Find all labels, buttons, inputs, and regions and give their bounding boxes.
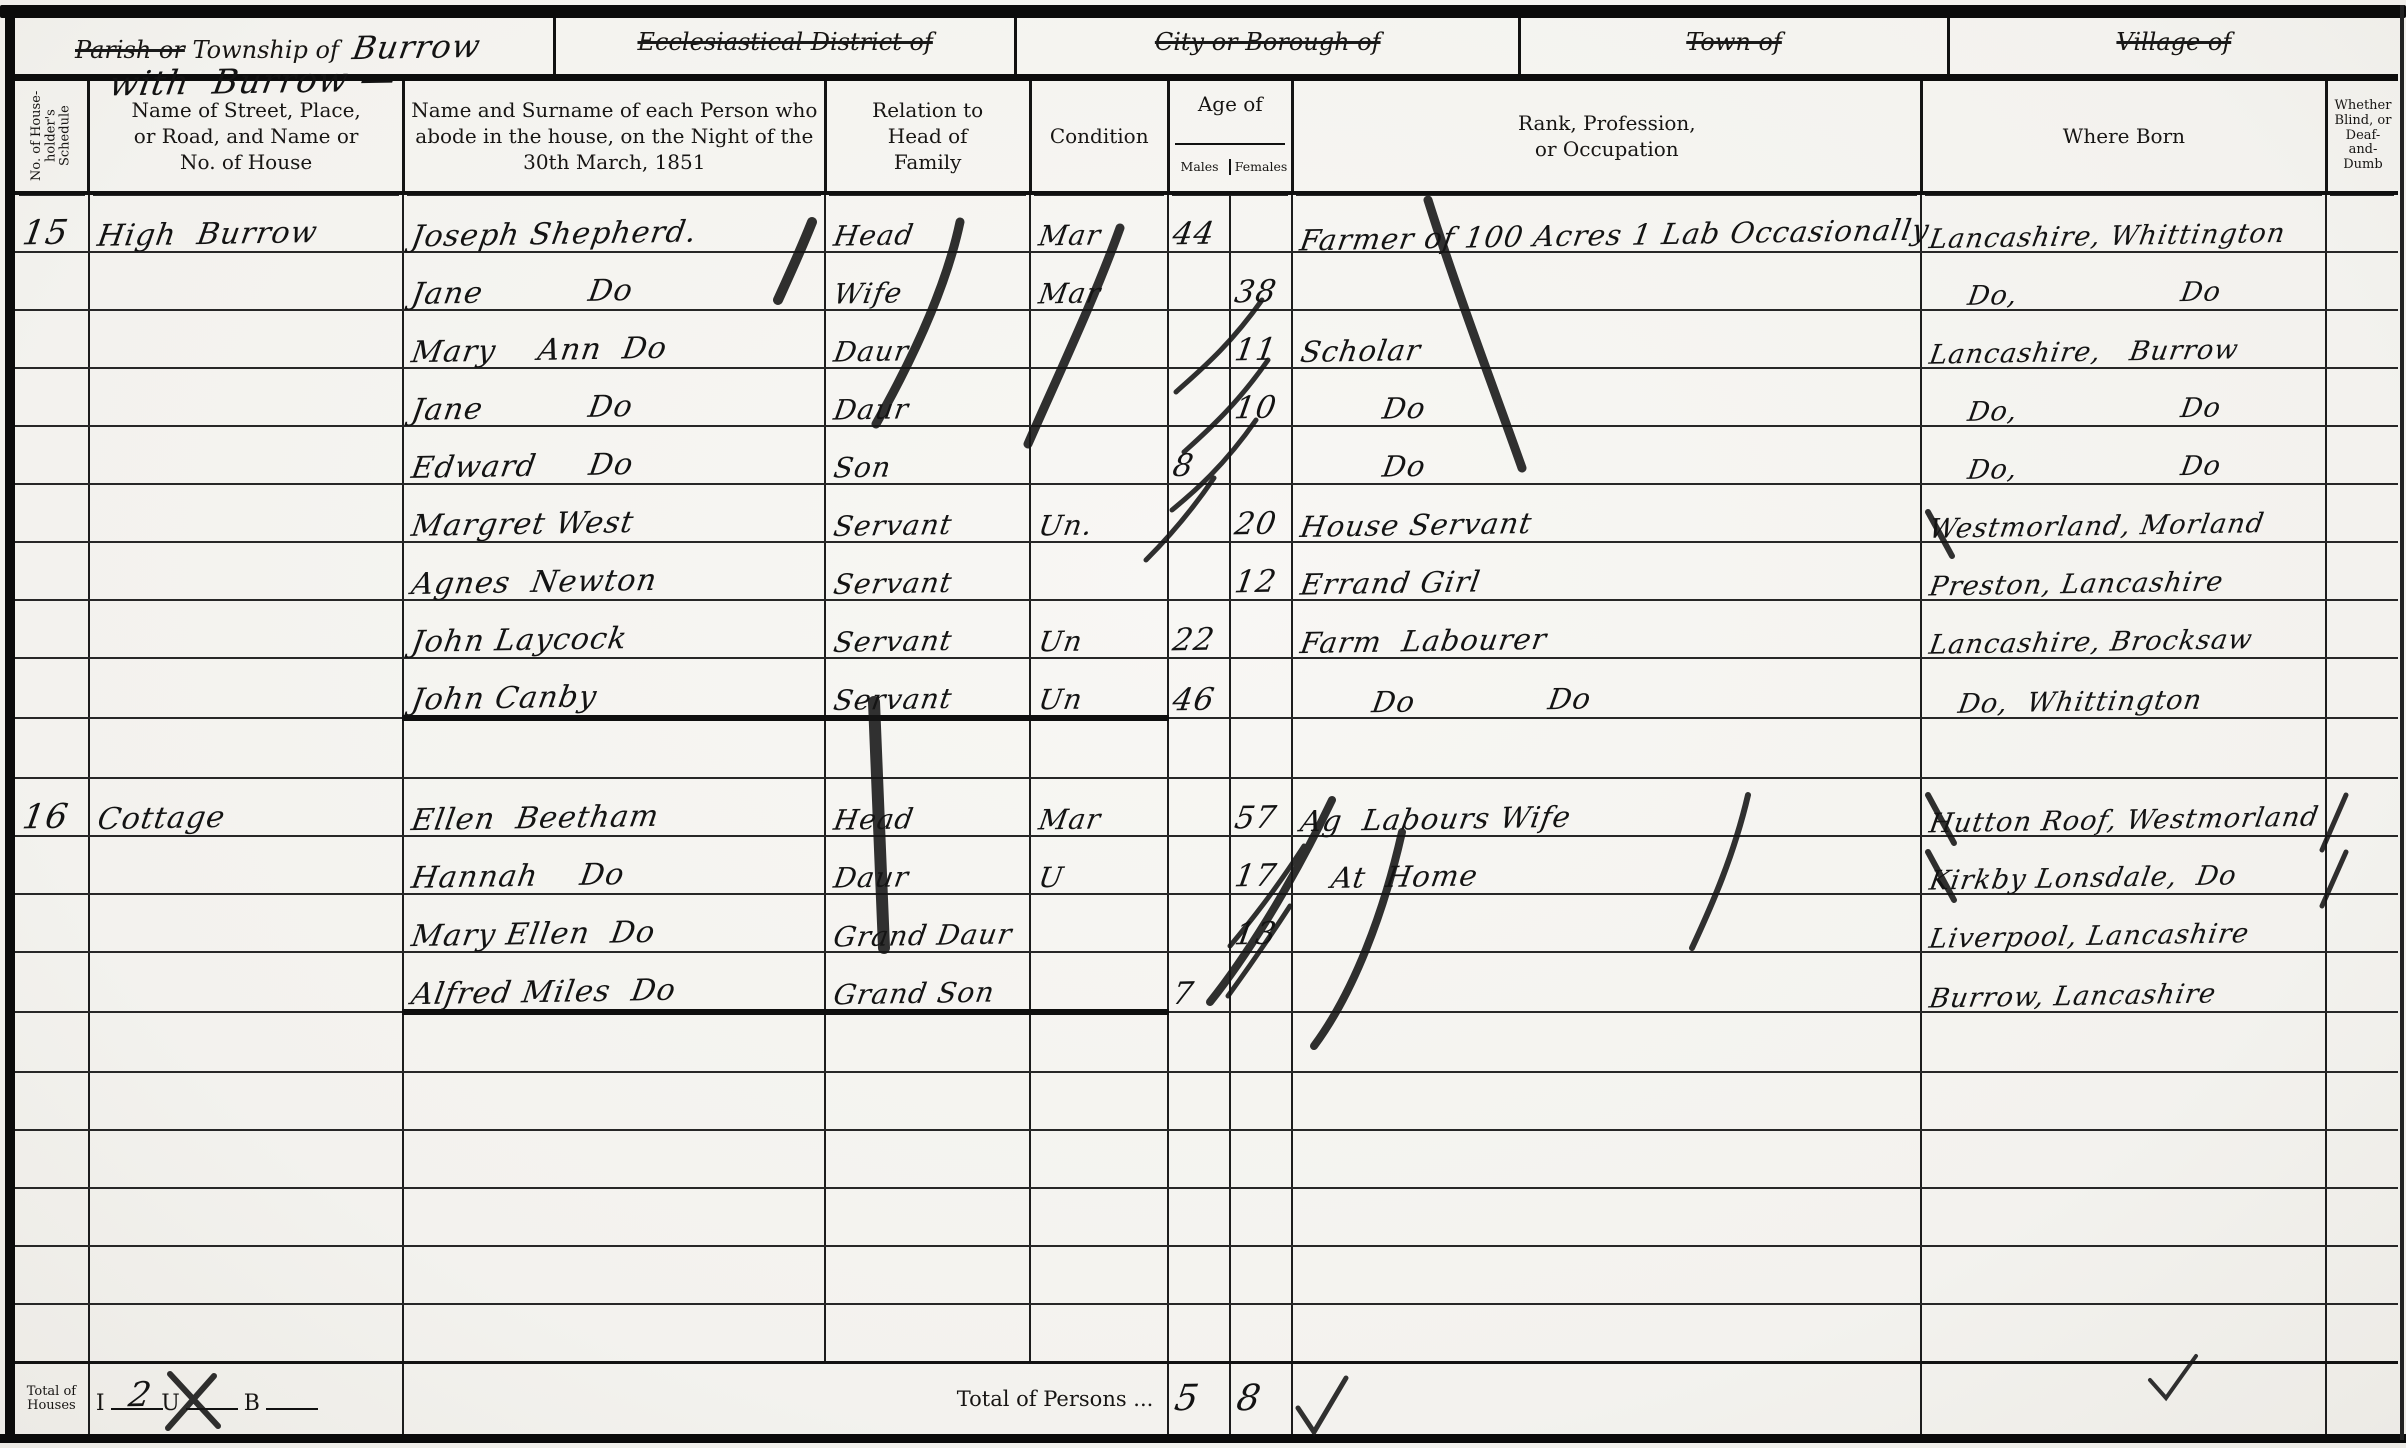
cell-male <box>1168 894 1230 952</box>
handwritten-female: 12 <box>1233 567 1279 599</box>
cell-name <box>403 1246 825 1304</box>
cell-schedule <box>15 1072 89 1130</box>
handwritten-born: Hutton Roof, Westmorland <box>1928 804 2322 838</box>
houses-inhabited-label: I <box>96 1391 105 1416</box>
handwritten-occupation: Do <box>1299 452 1428 483</box>
cell-condition: Un <box>1030 658 1168 718</box>
cell-born <box>1921 718 2326 778</box>
cell-occupation: Do Do <box>1292 658 1921 718</box>
cell-schedule <box>15 952 89 1012</box>
cell-schedule <box>15 542 89 600</box>
cell-street <box>89 1304 404 1363</box>
cell-name: Joseph Shepherd. <box>403 193 825 252</box>
cell-blind <box>2326 542 2398 600</box>
cell-name: Mary Ann Do <box>403 310 825 368</box>
handwritten-male: 46 <box>1171 685 1217 717</box>
cell-street <box>89 426 404 484</box>
handwritten-born: Preston, Lancashire <box>1928 568 2226 600</box>
cell-blind <box>2326 484 2398 542</box>
cell-name <box>403 1304 825 1363</box>
cell-name: John Canby <box>403 658 825 718</box>
handwritten-born: Lancashire, Brocksaw <box>1928 626 2255 659</box>
cell-schedule <box>15 658 89 718</box>
person-row: Alfred Miles DoGrand Son7Burrow, Lancash… <box>15 952 2398 1012</box>
cell-blind <box>2326 778 2398 836</box>
handwritten-relation: Servant <box>832 685 955 715</box>
cell-born: Kirkby Lonsdale, Do <box>1921 836 2326 894</box>
cell-male: 44 <box>1168 193 1230 252</box>
totals-row: Total of Houses I2UB Total of Persons ..… <box>15 1363 2398 1435</box>
blank-row <box>15 1012 2398 1072</box>
cell-name: Margret West <box>403 484 825 542</box>
header-disability: Whether Blind, or Deaf-and-Dumb <box>2326 81 2398 193</box>
handwritten-relation: Head <box>832 805 916 834</box>
blank-row <box>15 1304 2398 1363</box>
person-row: Jane DoWifeMar38 Do, Do <box>15 252 2398 310</box>
handwritten-occupation: Farm Labourer <box>1299 625 1550 658</box>
cell-street: High Burrow <box>89 193 404 252</box>
handwritten-condition: Mar <box>1037 279 1103 308</box>
cell-condition <box>1030 1072 1168 1130</box>
handwritten-relation: Servant <box>832 569 955 599</box>
handwritten-born: Kirkby Lonsdale, Do <box>1928 862 2239 894</box>
blank-row <box>15 1246 2398 1304</box>
cell-street <box>89 368 404 426</box>
header-age-males: Males <box>1170 159 1229 175</box>
cell-condition <box>1030 1012 1168 1072</box>
cell-female <box>1230 952 1292 1012</box>
cell-occupation: Do <box>1292 426 1921 484</box>
houses-uninhabited-label: U <box>161 1391 180 1416</box>
blank-row <box>15 1130 2398 1188</box>
handwritten-born: Do, Whittington <box>1928 687 2205 719</box>
handwritten-female: 13 <box>1233 919 1279 951</box>
cell-female <box>1230 600 1292 658</box>
cell-schedule <box>15 310 89 368</box>
cell-street <box>89 1246 404 1304</box>
person-row: Mary Ann DoDaur11ScholarLancashire, Burr… <box>15 310 2398 368</box>
cell-occupation <box>1292 252 1921 310</box>
cell-occupation: Farmer of 100 Acres 1 Lab Occasionally <box>1292 193 1921 252</box>
person-row: 15High BurrowJoseph Shepherd.HeadMar44Fa… <box>15 193 2398 252</box>
location-header-band: Parish or Township of Burrow with Burrow… <box>15 18 2398 81</box>
cell-street <box>89 836 404 894</box>
handwritten-male: 44 <box>1171 219 1217 251</box>
handwritten-name: Jane Do <box>410 276 636 310</box>
cell-female <box>1230 1246 1292 1304</box>
handwritten-name: Mary Ann Do <box>410 334 670 368</box>
cell-born: Preston, Lancashire <box>1921 542 2326 600</box>
totals-disability-blank <box>2326 1363 2398 1435</box>
handwritten-female: 57 <box>1233 803 1279 835</box>
census-page: Parish or Township of Burrow with Burrow… <box>0 0 2406 1448</box>
cell-relation: Head <box>825 193 1030 252</box>
handwritten-relation: Head <box>832 221 916 250</box>
cell-condition <box>1030 1188 1168 1246</box>
cell-occupation <box>1292 1304 1921 1363</box>
cell-condition <box>1030 1130 1168 1188</box>
cell-blind <box>2326 310 2398 368</box>
handwritten-condition: Un <box>1037 628 1085 657</box>
cell-condition <box>1030 426 1168 484</box>
cell-female <box>1230 1304 1292 1363</box>
cell-name: John Laycock <box>403 600 825 658</box>
cell-blind <box>2326 252 2398 310</box>
cell-occupation <box>1292 1012 1921 1072</box>
cell-relation <box>825 1012 1030 1072</box>
ecclesiastical-district-cell: Ecclesiastical District of <box>556 18 1017 74</box>
town-label: Town of <box>1686 28 1782 56</box>
handwritten-condition: Un <box>1037 686 1085 715</box>
parish-township-cell: Parish or Township of Burrow with Burrow… <box>15 18 556 74</box>
cell-relation: Grand Daur <box>825 894 1030 952</box>
cell-street <box>89 1072 404 1130</box>
handwritten-name: John Laycock <box>410 624 630 658</box>
cell-occupation <box>1292 1130 1921 1188</box>
cell-schedule <box>15 718 89 778</box>
cell-schedule <box>15 1304 89 1363</box>
cell-female <box>1230 718 1292 778</box>
cell-blind <box>2326 1012 2398 1072</box>
cell-relation <box>825 1188 1030 1246</box>
person-row: Margret WestServantUn.20House ServantWes… <box>15 484 2398 542</box>
cell-born <box>1921 1072 2326 1130</box>
cell-condition <box>1030 718 1168 778</box>
cell-female: 57 <box>1230 778 1292 836</box>
parish-struck-label: Parish or <box>75 36 185 64</box>
cell-name <box>403 1188 825 1246</box>
cell-relation: Son <box>825 426 1030 484</box>
header-age: Age of Males Females <box>1168 81 1292 193</box>
cell-born: Hutton Roof, Westmorland <box>1921 778 2326 836</box>
handwritten-female: 38 <box>1233 277 1279 309</box>
cell-schedule <box>15 836 89 894</box>
cell-blind <box>2326 1246 2398 1304</box>
handwritten-male: 22 <box>1171 625 1217 657</box>
cell-relation: Servant <box>825 600 1030 658</box>
cell-male <box>1168 484 1230 542</box>
cell-male <box>1168 1304 1230 1363</box>
cell-relation: Servant <box>825 542 1030 600</box>
scan-border-right <box>2400 5 2404 1440</box>
cell-female: 20 <box>1230 484 1292 542</box>
cell-schedule: 15 <box>15 193 89 252</box>
cell-male <box>1168 368 1230 426</box>
cell-name <box>403 1072 825 1130</box>
township-label: Township of <box>193 36 339 64</box>
header-relation: Relation to Head of Family <box>825 81 1030 193</box>
cell-occupation: Errand Girl <box>1292 542 1921 600</box>
header-age-females: Females <box>1229 159 1290 175</box>
handwritten-occupation: Do Do <box>1299 684 1594 718</box>
cell-relation <box>825 1246 1030 1304</box>
cell-female: 11 <box>1230 310 1292 368</box>
cell-schedule <box>15 484 89 542</box>
cell-relation: Daur <box>825 368 1030 426</box>
cell-male: 7 <box>1168 952 1230 1012</box>
cell-street <box>89 1012 404 1072</box>
cell-relation: Daur <box>825 310 1030 368</box>
handwritten-occupation: At Home <box>1299 861 1481 893</box>
cell-male: 46 <box>1168 658 1230 718</box>
cell-born <box>1921 1012 2326 1072</box>
handwritten-occupation: Do <box>1299 394 1428 425</box>
cell-born: Liverpool, Lancashire <box>1921 894 2326 952</box>
cell-name: Mary Ellen Do <box>403 894 825 952</box>
cell-female <box>1230 426 1292 484</box>
cell-male <box>1168 836 1230 894</box>
header-occupation: Rank, Profession, or Occupation <box>1292 81 1921 193</box>
cell-street <box>89 600 404 658</box>
person-row: John LaycockServantUn22Farm LabourerLanc… <box>15 600 2398 658</box>
cell-blind <box>2326 1304 2398 1363</box>
person-rows: 15High BurrowJoseph Shepherd.HeadMar44Fa… <box>15 193 2398 1363</box>
cell-female: 38 <box>1230 252 1292 310</box>
cell-blind <box>2326 1072 2398 1130</box>
cell-name: Jane Do <box>403 368 825 426</box>
cell-male <box>1168 718 1230 778</box>
scan-border-bottom <box>0 1434 2406 1443</box>
blank-row <box>15 718 2398 778</box>
handwritten-born: Lancashire, Whittington <box>1928 220 2288 253</box>
cell-relation: Servant <box>825 658 1030 718</box>
handwritten-relation: Daur <box>832 395 911 424</box>
handwritten-born: Lancashire, Burrow <box>1928 336 2241 368</box>
total-persons-label: Total of Persons ... <box>403 1363 1168 1435</box>
cell-male: 22 <box>1168 600 1230 658</box>
cell-condition <box>1030 952 1168 1012</box>
handwritten-relation: Son <box>832 454 894 483</box>
handwritten-relation: Servant <box>832 627 955 657</box>
totals-occupation-blank <box>1292 1363 1921 1435</box>
handwritten-street: Cottage <box>95 803 227 835</box>
cell-schedule <box>15 368 89 426</box>
cell-blind <box>2326 1130 2398 1188</box>
handwritten-female: 10 <box>1233 393 1279 425</box>
cell-street <box>89 1130 404 1188</box>
cell-occupation <box>1292 1246 1921 1304</box>
cell-born <box>1921 1246 2326 1304</box>
cell-street <box>89 1188 404 1246</box>
cell-male <box>1168 252 1230 310</box>
handwritten-condition: Mar <box>1037 805 1103 834</box>
handwritten-female: 11 <box>1233 335 1279 367</box>
handwritten-name: Agnes Newton <box>410 566 660 600</box>
blank-row <box>15 1072 2398 1130</box>
handwritten-relation: Wife <box>832 279 905 308</box>
handwritten-relation: Grand Son <box>832 979 997 1010</box>
houses-uninhabited-blank <box>186 1408 238 1410</box>
cell-female <box>1230 1188 1292 1246</box>
cell-condition <box>1030 542 1168 600</box>
cell-female <box>1230 193 1292 252</box>
cell-male <box>1168 778 1230 836</box>
cell-female: 12 <box>1230 542 1292 600</box>
town-cell: Town of <box>1521 18 1949 74</box>
cell-condition: Mar <box>1030 778 1168 836</box>
handwritten-schedule: 15 <box>20 216 71 251</box>
person-row: Hannah DoDaurU17 At HomeKirkby Lonsdale,… <box>15 836 2398 894</box>
handwritten-relation: Servant <box>832 511 955 541</box>
handwritten-occupation: Ag Labours Wife <box>1299 803 1574 837</box>
cell-born <box>1921 1130 2326 1188</box>
cell-name: Jane Do <box>403 252 825 310</box>
cell-born: Do, Whittington <box>1921 658 2326 718</box>
handwritten-male: 8 <box>1171 451 1197 482</box>
cell-condition <box>1030 368 1168 426</box>
header-condition: Condition <box>1030 81 1168 193</box>
cell-schedule <box>15 894 89 952</box>
cell-relation: Grand Son <box>825 952 1030 1012</box>
cell-born <box>1921 1304 2326 1363</box>
cell-relation: Wife <box>825 252 1030 310</box>
handwritten-born: Do, Do <box>1928 452 2224 484</box>
cell-condition: Mar <box>1030 193 1168 252</box>
cell-male: 8 <box>1168 426 1230 484</box>
cell-occupation <box>1292 952 1921 1012</box>
cell-occupation <box>1292 1188 1921 1246</box>
cell-female <box>1230 1012 1292 1072</box>
header-name-surname: Name and Surname of each Person who abod… <box>403 81 825 193</box>
cell-name: Alfred Miles Do <box>403 952 825 1012</box>
houses-building-label: B <box>244 1391 260 1416</box>
cell-name <box>403 718 825 778</box>
cell-male <box>1168 1246 1230 1304</box>
cell-male <box>1168 542 1230 600</box>
cell-schedule: 16 <box>15 778 89 836</box>
handwritten-name: Jane Do <box>410 392 636 426</box>
cell-name: Hannah Do <box>403 836 825 894</box>
city-borough-cell: City or Borough of <box>1017 18 1521 74</box>
cell-occupation: Farm Labourer <box>1292 600 1921 658</box>
cell-blind <box>2326 368 2398 426</box>
cell-occupation <box>1292 1072 1921 1130</box>
person-row: Mary Ellen DoGrand Daur13Liverpool, Lanc… <box>15 894 2398 952</box>
handwritten-name: Alfred Miles Do <box>410 976 679 1011</box>
cell-male <box>1168 1072 1230 1130</box>
cell-born: Lancashire, Burrow <box>1921 310 2326 368</box>
handwritten-relation: Daur <box>832 863 911 892</box>
cell-occupation: At Home <box>1292 836 1921 894</box>
handwritten-name: Joseph Shepherd. <box>410 218 700 253</box>
handwritten-name: Margret West <box>410 508 637 542</box>
person-row: 16CottageEllen BeethamHeadMar57Ag Labour… <box>15 778 2398 836</box>
cell-female: 17 <box>1230 836 1292 894</box>
cell-name: Agnes Newton <box>403 542 825 600</box>
person-row: John CanbyServantUn46 Do Do Do, Whitting… <box>15 658 2398 718</box>
cell-relation: Head <box>825 778 1030 836</box>
cell-male <box>1168 1012 1230 1072</box>
handwritten-female: 17 <box>1233 861 1279 893</box>
cell-relation: Daur <box>825 836 1030 894</box>
cell-blind <box>2326 658 2398 718</box>
handwritten-name: Hannah Do <box>410 860 628 894</box>
handwritten-name: John Canby <box>410 682 600 715</box>
houses-building-blank <box>266 1408 318 1410</box>
cell-blind <box>2326 718 2398 778</box>
cell-occupation <box>1292 718 1921 778</box>
handwritten-name: Mary Ellen Do <box>410 918 658 952</box>
cell-name: Ellen Beetham <box>403 778 825 836</box>
cell-male <box>1168 310 1230 368</box>
cell-relation <box>825 1130 1030 1188</box>
scan-border-left <box>5 5 15 1440</box>
cell-female <box>1230 1072 1292 1130</box>
township-handwritten-value-line2: with Burrow — <box>106 60 398 105</box>
total-houses-label: Total of Houses <box>15 1363 89 1435</box>
cell-schedule <box>15 1188 89 1246</box>
cell-street <box>89 952 404 1012</box>
houses-inhabited-value: 2 <box>126 1378 154 1412</box>
cell-schedule <box>15 252 89 310</box>
cell-condition <box>1030 894 1168 952</box>
blank-row <box>15 1188 2398 1246</box>
cell-condition <box>1030 1246 1168 1304</box>
totals-born-blank <box>1921 1363 2326 1435</box>
cell-relation: Servant <box>825 484 1030 542</box>
village-label: Village of <box>2116 28 2231 56</box>
cell-street <box>89 252 404 310</box>
cell-male <box>1168 1130 1230 1188</box>
cell-born: Do, Do <box>1921 426 2326 484</box>
handwritten-occupation: House Servant <box>1299 509 1535 542</box>
cell-female <box>1230 1130 1292 1188</box>
cell-condition <box>1030 310 1168 368</box>
handwritten-schedule: 16 <box>20 800 71 835</box>
handwritten-born: Do, Do <box>1928 394 2224 426</box>
cell-street <box>89 718 404 778</box>
cell-name <box>403 1130 825 1188</box>
cell-street <box>89 484 404 542</box>
cell-occupation: House Servant <box>1292 484 1921 542</box>
form-frame: Parish or Township of Burrow with Burrow… <box>15 18 2398 1434</box>
handwritten-occupation: Farmer of 100 Acres 1 Lab Occasionally <box>1298 216 1932 256</box>
total-houses-values: I2UB <box>89 1363 404 1435</box>
cell-relation <box>825 718 1030 778</box>
total-females-value: 8 <box>1230 1363 1292 1435</box>
cell-name <box>403 1012 825 1072</box>
cell-blind <box>2326 426 2398 484</box>
cell-street <box>89 310 404 368</box>
cell-born: Lancashire, Brocksaw <box>1921 600 2326 658</box>
handwritten-condition: Un. <box>1037 512 1095 541</box>
enumeration-table: No. of House-holder's Schedule Name of S… <box>15 81 2398 1434</box>
person-row: Agnes NewtonServant12Errand GirlPreston,… <box>15 542 2398 600</box>
cell-condition: Mar <box>1030 252 1168 310</box>
handwritten-born: Burrow, Lancashire <box>1928 981 2219 1013</box>
cell-blind <box>2326 600 2398 658</box>
cell-female: 13 <box>1230 894 1292 952</box>
cell-occupation: Scholar <box>1292 310 1921 368</box>
handwritten-born: Do, Do <box>1928 278 2224 310</box>
cell-born <box>1921 1188 2326 1246</box>
cell-condition: Un <box>1030 600 1168 658</box>
cell-blind <box>2326 1188 2398 1246</box>
cell-relation <box>825 1304 1030 1363</box>
handwritten-male: 7 <box>1171 979 1197 1010</box>
handwritten-condition: U <box>1037 864 1066 892</box>
handwritten-born: Westmorland, Morland <box>1928 510 2267 543</box>
handwritten-street: High Burrow <box>95 218 320 252</box>
cell-blind <box>2326 836 2398 894</box>
cell-street <box>89 542 404 600</box>
scan-border-top <box>0 5 2406 18</box>
cell-born: Lancashire, Whittington <box>1921 193 2326 252</box>
header-where-born: Where Born <box>1921 81 2326 193</box>
cell-name: Edward Do <box>403 426 825 484</box>
header-schedule-number: No. of House-holder's Schedule <box>15 81 89 193</box>
cell-blind <box>2326 952 2398 1012</box>
